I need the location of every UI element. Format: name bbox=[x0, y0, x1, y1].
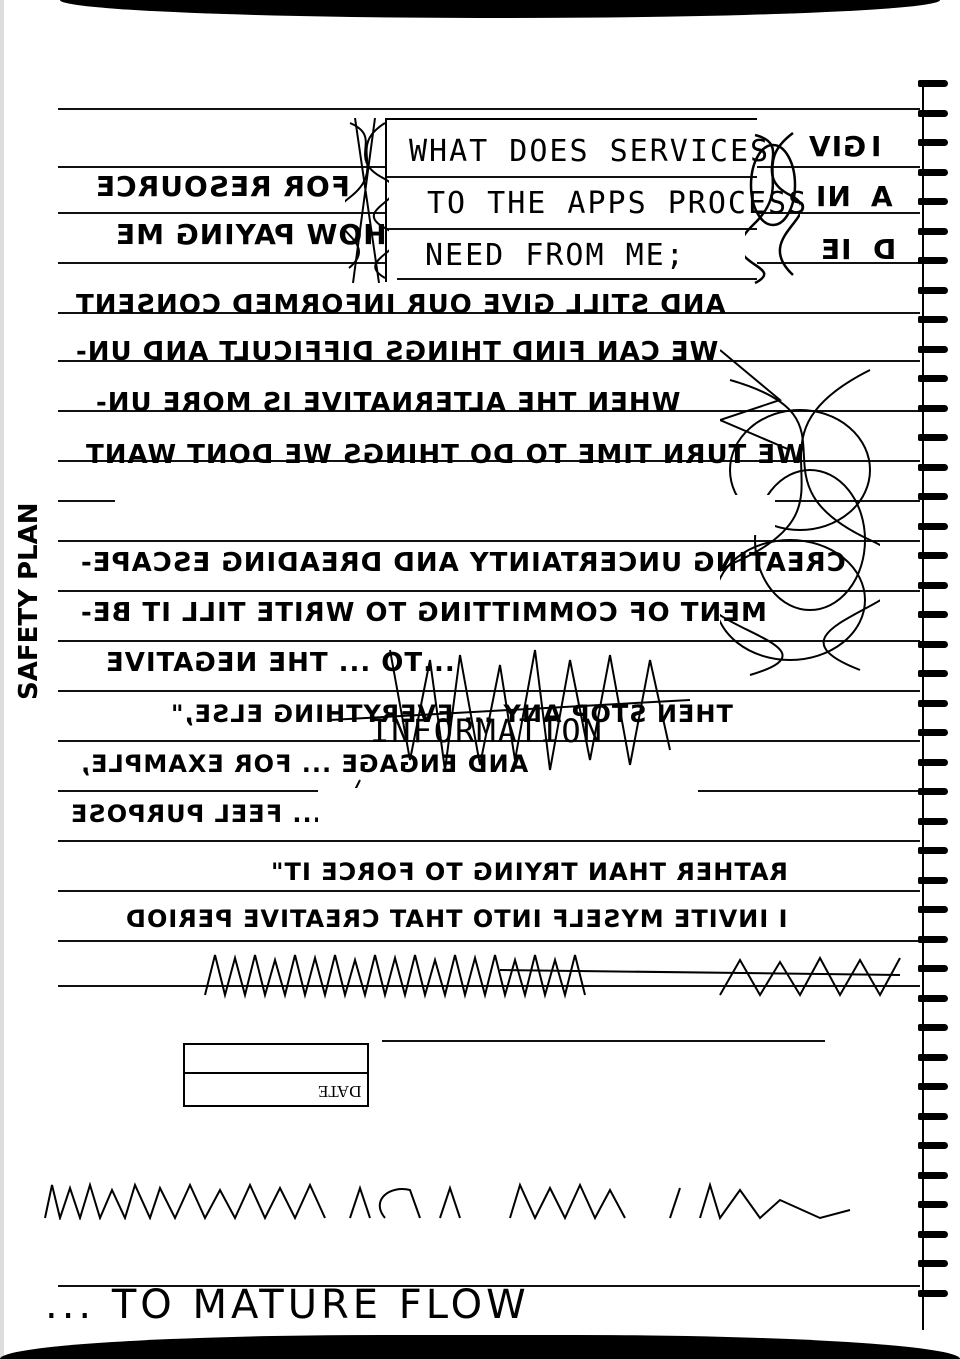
header-strip: WHAT DOES SERVICES TO THE APPS PROCESS N… bbox=[385, 118, 757, 282]
bottom-scribble-line bbox=[40, 1180, 870, 1220]
mirrored-line: ...TO ... THE NEGATIVE bbox=[105, 648, 455, 678]
right-fragment: A bbox=[870, 180, 893, 213]
mirrored-line: MENT OF COMMITTING TO WRITE TILL IT BE- bbox=[80, 598, 767, 628]
blank-strip bbox=[115, 495, 775, 535]
mirrored-line: CREATING UNCERTAINTY AND DREADING ESCAPE… bbox=[80, 548, 846, 578]
mirrored-line: WE TURN TIME TO DO THINGS WE DONT WANT bbox=[85, 440, 805, 470]
scan-shadow-bottom bbox=[0, 1335, 960, 1359]
blank-strip bbox=[40, 1222, 920, 1278]
blank-strip bbox=[318, 788, 698, 826]
notebook-page: WHAT DOES SERVICES TO THE APPS PROCESS N… bbox=[0, 0, 960, 1359]
right-fragment: IE bbox=[820, 233, 852, 266]
right-fragment: GIV bbox=[808, 130, 866, 163]
header-line-1: WHAT DOES SERVICES bbox=[409, 134, 770, 169]
mirrored-line: RATHER THAN TRYING TO FORCE IT" bbox=[270, 858, 788, 886]
page-edge bbox=[0, 0, 4, 1359]
date-label: DATE bbox=[318, 1081, 361, 1101]
right-fragment: D bbox=[872, 233, 896, 266]
mirrored-line: THEN STOP ANY ... EVERYTHING ELSE," bbox=[170, 700, 733, 728]
mirrored-line: WE CAN FIND THINGS DIFFICULT AND UN- bbox=[75, 337, 718, 367]
mirrored-line: AND STILL GIVE OUR INFORMED CONSENT bbox=[75, 290, 726, 320]
scribbled-line bbox=[200, 950, 910, 1000]
scribble-block bbox=[345, 118, 389, 283]
signature-line bbox=[382, 1040, 825, 1042]
mirrored-line: HOW PAYING ME bbox=[115, 218, 387, 251]
mirrored-line: WHEN THE ALTERNATIVE IS MORE UN- bbox=[95, 388, 680, 418]
margin-note: SAFETY PLAN bbox=[14, 220, 54, 700]
right-fragment: I bbox=[870, 130, 881, 163]
header-line-3: NEED FROM ME; bbox=[425, 238, 686, 273]
scribble-block bbox=[745, 125, 800, 285]
right-fragment: NI bbox=[815, 180, 851, 213]
date-value-field[interactable] bbox=[185, 1045, 367, 1074]
spiral-binding bbox=[918, 80, 952, 1330]
scan-shadow-top bbox=[60, 0, 940, 18]
mirrored-line: I INVITE MYSELF INTO THAT CREATIVE PERIO… bbox=[125, 905, 788, 933]
mirrored-line: AND ENGAGE ... FOR EXAMPLE, bbox=[80, 750, 528, 778]
mirrored-line: FOR RESOURCE bbox=[95, 170, 350, 203]
bottom-line-2: ... TO MATURE FLOW bbox=[45, 1282, 530, 1328]
date-box[interactable]: DATE bbox=[183, 1043, 369, 1107]
